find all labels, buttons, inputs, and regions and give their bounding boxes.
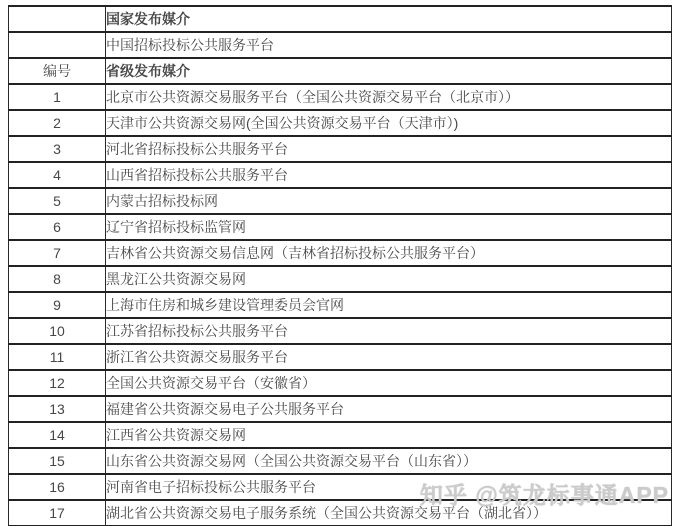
empty-cell bbox=[9, 6, 106, 32]
row-media-name: 山西省招标投标公共服务平台 bbox=[106, 162, 672, 188]
row-number: 3 bbox=[9, 136, 106, 162]
row-media-name: 江苏省招标投标公共服务平台 bbox=[106, 318, 672, 344]
row-media-name: 浙江省公共资源交易服务平台 bbox=[106, 344, 672, 370]
national-header-row: 国家发布媒介 bbox=[9, 6, 672, 32]
provincial-header-cell: 省级发布媒介 bbox=[106, 58, 672, 84]
table-row: 1 北京市公共资源交易服务平台（全国公共资源交易平台（北京市）） bbox=[9, 84, 672, 110]
table-body: 国家发布媒介 中国招标投标公共服务平台 编号 省级发布媒介 1 北京市公共资源交… bbox=[9, 6, 672, 526]
row-number: 11 bbox=[9, 344, 106, 370]
table-row: 3 河北省招标投标公共服务平台 bbox=[9, 136, 672, 162]
row-media-name: 河北省招标投标公共服务平台 bbox=[106, 136, 672, 162]
row-number: 15 bbox=[9, 448, 106, 474]
page: 国家发布媒介 中国招标投标公共服务平台 编号 省级发布媒介 1 北京市公共资源交… bbox=[0, 0, 679, 526]
row-number: 8 bbox=[9, 266, 106, 292]
row-media-name: 山东省公共资源交易网（全国公共资源交易平台（山东省）） bbox=[106, 448, 672, 474]
row-media-name: 天津市公共资源交易网(全国公共资源交易平台（天津市）) bbox=[106, 110, 672, 136]
table-row: 12 全国公共资源交易平台（安徽省） bbox=[9, 370, 672, 396]
table-row: 9 上海市住房和城乡建设管理委员会官网 bbox=[9, 292, 672, 318]
row-number: 17 bbox=[9, 500, 106, 526]
table-row: 8 黑龙江公共资源交易网 bbox=[9, 266, 672, 292]
row-number: 13 bbox=[9, 396, 106, 422]
row-media-name: 吉林省公共资源交易信息网（吉林省招标投标公共服务平台） bbox=[106, 240, 672, 266]
row-media-name: 福建省公共资源交易电子公共服务平台 bbox=[106, 396, 672, 422]
row-number: 16 bbox=[9, 474, 106, 500]
table-row: 5 内蒙古招标投标网 bbox=[9, 188, 672, 214]
national-media-row: 中国招标投标公共服务平台 bbox=[9, 32, 672, 58]
provincial-header-row: 编号 省级发布媒介 bbox=[9, 58, 672, 84]
row-media-name: 辽宁省招标投标监管网 bbox=[106, 214, 672, 240]
number-column-header: 编号 bbox=[9, 58, 106, 84]
row-media-name: 江西省公共资源交易网 bbox=[106, 422, 672, 448]
table-row: 4 山西省招标投标公共服务平台 bbox=[9, 162, 672, 188]
table-row: 16 河南省电子招标投标公共服务平台 bbox=[9, 474, 672, 500]
row-media-name: 黑龙江公共资源交易网 bbox=[106, 266, 672, 292]
row-number: 14 bbox=[9, 422, 106, 448]
row-media-name: 内蒙古招标投标网 bbox=[106, 188, 672, 214]
row-number: 12 bbox=[9, 370, 106, 396]
row-media-name: 北京市公共资源交易服务平台（全国公共资源交易平台（北京市）） bbox=[106, 84, 672, 110]
row-media-name: 湖北省公共资源交易电子服务系统（全国公共资源交易平台（湖北省）） bbox=[106, 500, 672, 526]
table-row: 11 浙江省公共资源交易服务平台 bbox=[9, 344, 672, 370]
row-number: 9 bbox=[9, 292, 106, 318]
row-number: 2 bbox=[9, 110, 106, 136]
table-row: 14 江西省公共资源交易网 bbox=[9, 422, 672, 448]
row-media-name: 河南省电子招标投标公共服务平台 bbox=[106, 474, 672, 500]
national-media-cell: 中国招标投标公共服务平台 bbox=[106, 32, 672, 58]
table-row: 2 天津市公共资源交易网(全国公共资源交易平台（天津市）) bbox=[9, 110, 672, 136]
national-header-cell: 国家发布媒介 bbox=[106, 6, 672, 32]
table-row: 10 江苏省招标投标公共服务平台 bbox=[9, 318, 672, 344]
empty-cell bbox=[9, 32, 106, 58]
row-media-name: 全国公共资源交易平台（安徽省） bbox=[106, 370, 672, 396]
row-number: 4 bbox=[9, 162, 106, 188]
table-row: 15 山东省公共资源交易网（全国公共资源交易平台（山东省）） bbox=[9, 448, 672, 474]
table-row: 13 福建省公共资源交易电子公共服务平台 bbox=[9, 396, 672, 422]
table-row: 7 吉林省公共资源交易信息网（吉林省招标投标公共服务平台） bbox=[9, 240, 672, 266]
row-number: 10 bbox=[9, 318, 106, 344]
row-number: 6 bbox=[9, 214, 106, 240]
row-media-name: 上海市住房和城乡建设管理委员会官网 bbox=[106, 292, 672, 318]
row-number: 5 bbox=[9, 188, 106, 214]
table-row: 17 湖北省公共资源交易电子服务系统（全国公共资源交易平台（湖北省）） bbox=[9, 500, 672, 526]
announcement-media-table: 国家发布媒介 中国招标投标公共服务平台 编号 省级发布媒介 1 北京市公共资源交… bbox=[8, 5, 672, 526]
row-number: 7 bbox=[9, 240, 106, 266]
table-row: 6 辽宁省招标投标监管网 bbox=[9, 214, 672, 240]
row-number: 1 bbox=[9, 84, 106, 110]
